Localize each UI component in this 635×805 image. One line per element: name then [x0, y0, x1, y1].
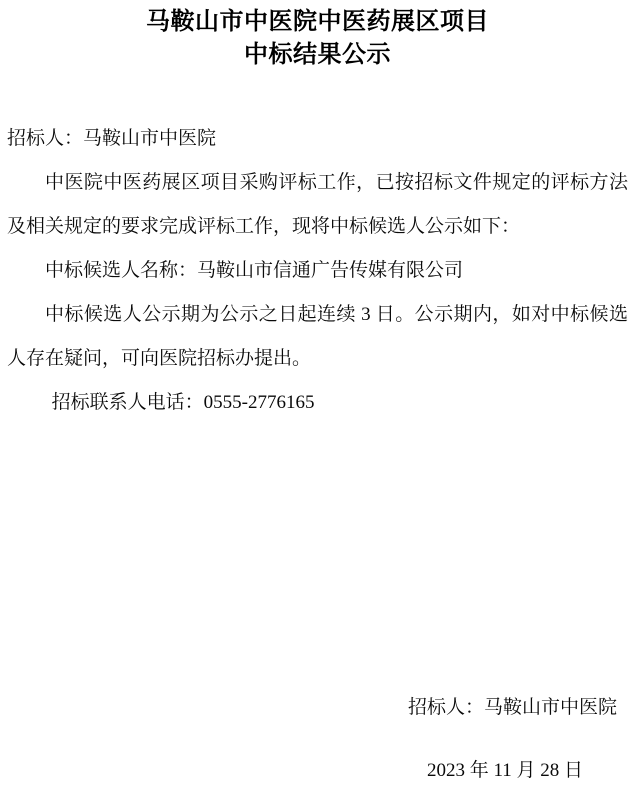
winning-candidate-line: 中标候选人名称：马鞍山市信通广告传媒有限公司 — [7, 249, 628, 293]
title-line-project: 马鞍山市中医院中医药展区项目 — [0, 5, 635, 38]
contact-phone-line: 招标联系人电话：0555-2776165 — [7, 381, 628, 425]
document-title: 马鞍山市中医院中医药展区项目 中标结果公示 — [0, 0, 635, 71]
evaluation-paragraph: 中医院中医药展区项目采购评标工作，已按招标文件规定的评标方法及相关规定的要求完成… — [7, 161, 628, 249]
document-body: 招标人：马鞍山市中医院 中医院中医药展区项目采购评标工作，已按招标文件规定的评标… — [0, 117, 635, 425]
bidder-line: 招标人：马鞍山市中医院 — [7, 117, 628, 161]
footer-date: 2023 年 11 月 28 日 — [427, 749, 583, 793]
tender-result-announcement-document: 马鞍山市中医院中医药展区项目 中标结果公示 招标人：马鞍山市中医院 中医院中医药… — [0, 0, 635, 805]
publicity-period-paragraph: 中标候选人公示期为公示之日起连续 3 日。公示期内，如对中标候选人存在疑问，可向… — [7, 293, 628, 381]
title-line-result-publicity: 中标结果公示 — [0, 38, 635, 71]
footer-signature: 招标人：马鞍山市中医院 — [408, 686, 617, 730]
